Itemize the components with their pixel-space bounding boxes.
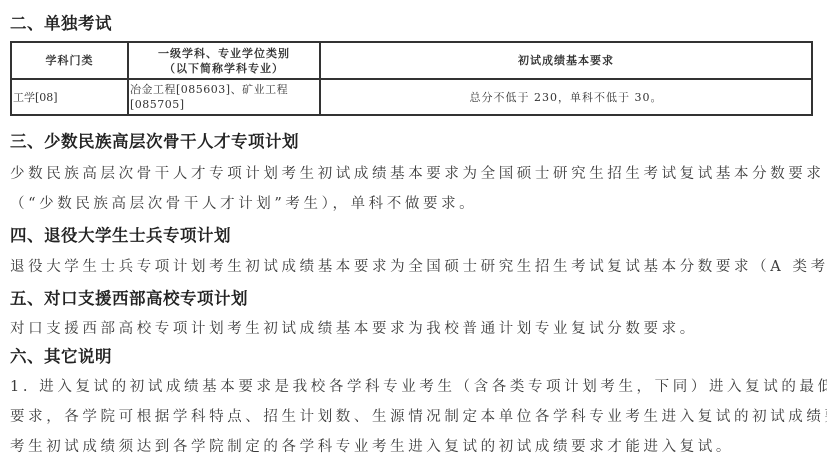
cell-major-line1: 冶金工程[085603]、矿业工程 xyxy=(130,82,319,97)
header-discipline-major: 一级学科、专业学位类别 （以下简称学科专业） xyxy=(128,42,320,79)
cell-category: 工学[08] xyxy=(11,79,128,115)
paragraph-line: 对口支援西部高校专项计划考生初试成绩基本要求为我校普通计划专业复试分数要求。 xyxy=(10,317,698,338)
header-major-line1: 一级学科、专业学位类别 xyxy=(129,46,319,61)
section-heading-other-notes: 六、其它说明 xyxy=(10,343,112,367)
cell-requirement: 总分不低于 230，单科不低于 30。 xyxy=(320,79,812,115)
paragraph-line: 要求，各学院可根据学科特点、招生计划数、生源情况制定本单位各学科专业考生进入复试… xyxy=(10,405,827,426)
paragraph-line: 考生初试成绩须达到各学院制定的各学科专业考生进入复试的初试成绩要求才能进入复试。 xyxy=(10,435,734,456)
table-header-row: 学科门类 一级学科、专业学位类别 （以下简称学科专业） 初试成绩基本要求 xyxy=(11,42,812,79)
paragraph-line: 少数民族高层次骨干人才专项计划考生初试成绩基本要求为全国硕士研究生招生考试复试基… xyxy=(10,162,825,183)
paragraph-line: （“少数民族高层次骨干人才计划”考生），单科不做要求。 xyxy=(10,192,477,213)
header-requirement: 初试成绩基本要求 xyxy=(320,42,812,79)
table-row: 工学[08] 冶金工程[085603]、矿业工程 [085705] 总分不低于 … xyxy=(11,79,812,115)
paragraph-line: 1. 进入复试的初试成绩基本要求是我校各学科专业考生（含各类专项计划考生，下同）… xyxy=(10,375,827,396)
header-major-line2: （以下简称学科专业） xyxy=(129,61,319,76)
section-heading-minority-program: 三、少数民族高层次骨干人才专项计划 xyxy=(10,128,299,152)
header-discipline-category: 学科门类 xyxy=(11,42,128,79)
section-heading-veteran-program: 四、退役大学生士兵专项计划 xyxy=(10,222,231,246)
requirements-table: 学科门类 一级学科、专业学位类别 （以下简称学科专业） 初试成绩基本要求 工学[… xyxy=(10,41,813,116)
paragraph-line: 退役大学生士兵专项计划考生初试成绩基本要求为全国硕士研究生招生考试复试基本分数要… xyxy=(10,255,827,276)
section-heading-separate-exam: 二、单独考试 xyxy=(10,10,112,34)
section-heading-western-support-program: 五、对口支援西部高校专项计划 xyxy=(10,285,248,309)
cell-major: 冶金工程[085603]、矿业工程 [085705] xyxy=(128,79,320,115)
cell-major-line2: [085705] xyxy=(130,97,319,112)
